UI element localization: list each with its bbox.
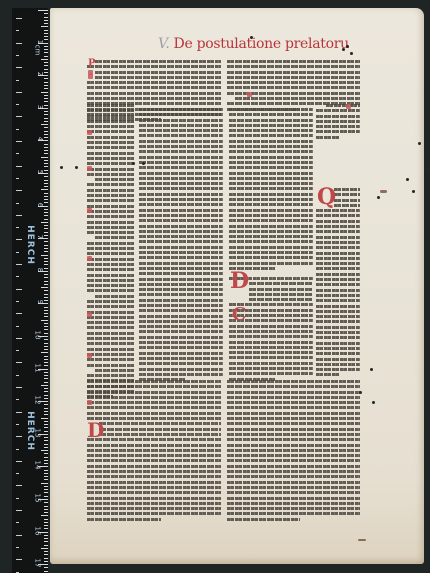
text-line — [87, 470, 221, 473]
ruler: 1234567891011121314151617cmHERCHHERCH — [12, 8, 48, 573]
red-initial: C — [232, 304, 246, 325]
text-line — [139, 124, 223, 127]
ruler-tick — [44, 95, 48, 96]
ruler-brand-top: HERCH — [25, 225, 35, 265]
text-line — [87, 481, 221, 484]
ruler-left-tick — [16, 104, 19, 105]
ruler-left-tick — [16, 485, 22, 486]
wormhole — [412, 190, 415, 193]
wormhole — [132, 162, 135, 165]
text-line — [316, 305, 360, 308]
text-line — [227, 391, 360, 394]
text-line — [139, 283, 223, 286]
text-line — [87, 289, 134, 292]
text-line — [139, 209, 223, 212]
ruler-tick — [44, 98, 48, 99]
main-text-left — [139, 108, 223, 383]
text-line — [316, 368, 360, 371]
ruler-tick — [44, 52, 48, 53]
red-initial: D — [87, 418, 104, 442]
text-line — [316, 125, 360, 128]
text-line — [227, 412, 360, 415]
text-line — [139, 177, 223, 180]
ruler-tick — [41, 450, 48, 451]
ruler-tick — [41, 385, 48, 386]
text-line — [139, 341, 223, 344]
ruler-tick — [41, 418, 48, 419]
text-line — [227, 449, 360, 452]
text-line — [87, 125, 134, 128]
ruler-tick — [44, 65, 48, 66]
text-line — [227, 396, 360, 399]
ruler-left-tick — [16, 362, 22, 363]
text-line — [139, 187, 223, 190]
text-line — [87, 92, 221, 95]
ruler-tick — [44, 414, 48, 415]
text-line — [139, 309, 223, 312]
ruler-tick — [44, 193, 48, 194]
ruler-left-tick — [16, 510, 22, 511]
ruler-tick — [44, 339, 48, 340]
text-line — [139, 172, 223, 175]
ruler-tick — [44, 457, 48, 458]
ruler-number: 9 — [36, 300, 44, 304]
text-line — [87, 81, 221, 84]
ruler-tick — [44, 219, 48, 220]
text-line — [139, 357, 223, 360]
wormhole — [142, 162, 145, 165]
ruler-tick — [44, 294, 48, 295]
ruler-tick — [44, 39, 48, 40]
text-line — [139, 235, 223, 238]
ruler-tick — [41, 26, 48, 27]
ruler-tick — [44, 33, 48, 34]
text-line — [87, 146, 134, 149]
text-line — [229, 156, 313, 159]
text-line — [229, 251, 313, 254]
text-line — [87, 342, 134, 345]
ruler-left-tick — [16, 203, 19, 204]
ruler-tick — [44, 82, 48, 83]
text-line — [316, 130, 360, 133]
text-line — [87, 221, 134, 224]
text-line — [87, 486, 221, 489]
wormhole — [425, 167, 428, 170]
text-line — [227, 486, 360, 489]
ruler-tick — [44, 144, 48, 145]
ink-stain — [380, 190, 387, 193]
ruler-tick — [44, 160, 48, 161]
text-line — [139, 198, 223, 201]
ruler-tick — [44, 489, 48, 490]
text-line — [316, 267, 360, 270]
ruler-tick — [44, 101, 48, 102]
text-line — [227, 491, 360, 494]
text-line — [87, 268, 134, 271]
ruler-tick — [44, 356, 48, 357]
ruler-left-tick — [16, 559, 22, 560]
ruler-tick — [44, 551, 48, 552]
ruler-left-tick — [16, 18, 22, 19]
text-line — [316, 230, 360, 233]
text-line — [227, 465, 360, 468]
ruler-tick — [44, 512, 48, 513]
ruler-tick — [41, 352, 48, 353]
text-line — [316, 273, 360, 276]
red-initial: D — [230, 268, 249, 294]
text-line — [139, 325, 223, 328]
ruler-left-tick — [16, 55, 19, 56]
ruler-tick — [44, 453, 48, 454]
text-line — [316, 283, 360, 286]
text-line — [87, 401, 221, 404]
text-line — [139, 288, 223, 291]
text-line — [87, 380, 221, 383]
text-line — [334, 204, 360, 207]
text-line — [227, 433, 360, 436]
text-line — [316, 363, 360, 366]
ruler-left-tick — [16, 375, 19, 376]
ink-stain — [358, 539, 366, 541]
ruler-left-tick — [16, 92, 22, 93]
ruler-tick — [44, 49, 48, 50]
wormhole — [418, 142, 421, 145]
text-line — [139, 362, 223, 365]
text-line — [229, 351, 313, 354]
ruler-left-tick — [16, 399, 19, 400]
ruler-tick — [44, 199, 48, 200]
ruler-tick — [44, 297, 48, 298]
text-line — [99, 433, 221, 436]
text-line — [87, 396, 221, 399]
ruler-tick — [44, 431, 48, 432]
text-line — [87, 173, 134, 176]
text-line — [316, 294, 360, 297]
text-line — [229, 367, 313, 370]
ruler-tick — [44, 408, 48, 409]
ruler-tick — [44, 506, 48, 507]
ruler-tick — [44, 447, 48, 448]
text-line — [229, 198, 313, 201]
ruler-number: 7 — [36, 235, 44, 239]
ruler-tick — [44, 186, 48, 187]
text-line — [87, 454, 221, 457]
ruler-left-tick — [16, 289, 22, 290]
text-line — [316, 257, 360, 260]
text-line — [139, 272, 223, 275]
text-line — [229, 124, 313, 127]
ruler-tick — [44, 535, 48, 536]
text-line — [139, 267, 223, 270]
ruler-number: 15 — [34, 494, 42, 503]
text-line — [87, 364, 134, 367]
heading-number: V. — [158, 36, 170, 52]
ruler-number: 1 — [36, 39, 44, 43]
ruler-tick — [41, 320, 48, 321]
ruler-tick — [44, 147, 48, 148]
text-line — [139, 108, 223, 111]
ruler-tick — [44, 316, 48, 317]
text-line — [139, 150, 223, 153]
wormhole — [60, 166, 63, 169]
text-line — [227, 512, 360, 515]
ruler-tick — [44, 509, 48, 510]
text-line — [139, 246, 223, 249]
text-line — [87, 136, 134, 139]
text-line — [227, 438, 360, 441]
ruler-tick — [44, 215, 48, 216]
text-line — [229, 187, 313, 190]
ruler-tick — [44, 470, 48, 471]
text-line — [227, 502, 360, 505]
text-line — [139, 129, 223, 132]
ruler-left-tick — [16, 239, 22, 240]
ruler-tick — [44, 333, 48, 334]
text-line — [227, 497, 360, 500]
ruler-tick — [44, 241, 48, 242]
wormhole — [377, 196, 380, 199]
ruler-tick — [44, 105, 48, 106]
text-line — [139, 251, 223, 254]
text-line — [87, 226, 134, 229]
text-line — [139, 240, 223, 243]
ruler-number: 10 — [34, 331, 42, 340]
ruler-tick — [44, 460, 48, 461]
text-line — [229, 113, 313, 116]
text-line — [87, 157, 134, 160]
text-line — [229, 235, 313, 238]
ruler-left-tick — [16, 30, 19, 31]
ruler-tick — [44, 567, 48, 568]
text-line — [229, 330, 313, 333]
text-line — [87, 332, 134, 335]
text-line — [316, 373, 340, 376]
text-line — [87, 300, 134, 303]
text-line — [139, 368, 223, 371]
ruler-tick — [44, 323, 48, 324]
ruler-tick — [44, 375, 48, 376]
text-line — [229, 193, 313, 196]
text-line — [87, 279, 134, 282]
wormhole — [359, 391, 362, 394]
text-line — [235, 97, 360, 100]
text-line — [139, 193, 223, 196]
text-line — [139, 166, 223, 169]
text-line — [316, 342, 360, 345]
text-line — [227, 475, 360, 478]
ruler-tick — [44, 277, 48, 278]
text-line — [227, 60, 360, 63]
ruler-number: 12 — [34, 396, 42, 405]
text-line — [87, 459, 221, 462]
text-line — [229, 219, 313, 222]
text-line — [316, 336, 360, 339]
text-line — [227, 507, 360, 510]
text-line — [87, 130, 134, 133]
ruler-tick — [44, 235, 48, 236]
ruler-number: 16 — [34, 526, 42, 535]
ruler-tick — [44, 281, 48, 282]
text-line — [87, 502, 221, 505]
text-line — [316, 252, 360, 255]
text-line — [227, 444, 360, 447]
text-line — [87, 86, 221, 89]
ruler-left-tick — [16, 129, 19, 130]
ruler-tick — [41, 157, 48, 158]
text-line — [227, 518, 300, 521]
ruler-tick — [44, 300, 48, 301]
ruler-tick — [44, 313, 48, 314]
wormhole — [406, 178, 409, 181]
text-line — [87, 311, 134, 314]
ruler-tick — [44, 72, 48, 73]
text-line — [316, 262, 360, 265]
text-line — [95, 295, 134, 298]
text-line — [87, 194, 134, 197]
ruler-tick — [44, 561, 48, 562]
text-line — [249, 293, 313, 296]
ruler-tick — [44, 150, 48, 151]
ruler-tick — [41, 287, 48, 288]
ruler-left-tick — [16, 522, 19, 523]
ruler-tick — [44, 85, 48, 86]
ruler-number: 3 — [36, 105, 44, 109]
ruler-tick — [41, 189, 48, 190]
text-line — [139, 161, 223, 164]
red-paragraph-mark — [87, 166, 92, 171]
text-line — [227, 71, 360, 74]
ruler-tick — [44, 180, 48, 181]
text-line — [139, 330, 223, 333]
text-line — [229, 341, 313, 344]
text-line — [227, 380, 360, 383]
text-line — [229, 240, 313, 243]
text-line — [87, 183, 134, 186]
ruler-tick — [44, 476, 48, 477]
ruler-tick — [44, 251, 48, 252]
ruler-tick — [44, 440, 48, 441]
ruler-tick — [44, 541, 48, 542]
ruler-brand-bottom: HERCH — [25, 411, 35, 451]
text-line — [87, 305, 134, 308]
text-line — [249, 288, 313, 291]
text-line — [316, 347, 360, 350]
ruler-unit-label: cm — [34, 45, 42, 56]
ruler-tick — [44, 463, 48, 464]
text-line — [229, 182, 313, 185]
text-line — [229, 119, 313, 122]
ruler-left-tick — [16, 67, 22, 68]
text-line — [249, 282, 313, 285]
text-line — [87, 507, 221, 510]
ruler-tick — [44, 473, 48, 474]
ruler-left-tick — [16, 190, 22, 191]
text-line — [139, 156, 223, 159]
text-line — [229, 230, 313, 233]
text-line — [229, 203, 313, 206]
text-line — [87, 109, 134, 112]
ruler-left-tick — [16, 461, 22, 462]
text-line — [229, 140, 313, 143]
text-line — [139, 230, 223, 233]
text-line — [95, 60, 221, 63]
text-line — [87, 518, 161, 521]
ruler-tick — [44, 395, 48, 396]
text-line — [87, 465, 221, 468]
ruler-tick — [44, 264, 48, 265]
red-paragraph-mark — [346, 104, 351, 109]
text-line — [326, 104, 360, 107]
red-paragraph-mark — [87, 208, 92, 213]
ruler-number: 11 — [34, 363, 42, 372]
red-paragraph-mark — [87, 400, 92, 405]
ruler-left-tick — [16, 535, 22, 536]
text-line — [316, 299, 360, 302]
text-line — [229, 108, 313, 111]
ruler-tick — [44, 131, 48, 132]
ruler-left-tick — [16, 153, 19, 154]
text-line — [229, 262, 313, 265]
ruler-left-tick — [16, 338, 22, 339]
ruler-tick — [44, 127, 48, 128]
text-line — [87, 391, 221, 394]
ruler-tick — [44, 245, 48, 246]
ruler-left-tick — [16, 387, 22, 388]
text-line — [316, 289, 360, 292]
text-line — [139, 304, 223, 307]
left-gloss — [87, 104, 134, 401]
main-text-right — [229, 108, 313, 272]
text-line — [316, 109, 360, 112]
text-line — [87, 444, 221, 447]
text-line — [227, 470, 360, 473]
ruler-tick — [44, 437, 48, 438]
text-line — [316, 246, 360, 249]
text-line — [139, 145, 223, 148]
text-line — [87, 353, 134, 356]
text-line — [334, 188, 360, 191]
text-line — [87, 205, 134, 208]
ruler-tick — [44, 36, 48, 37]
text-line — [87, 115, 134, 118]
text-line — [316, 320, 360, 323]
text-line — [227, 422, 360, 425]
ruler-number: 17 — [34, 559, 42, 568]
text-line — [334, 199, 360, 202]
ruler-tick — [44, 30, 48, 31]
ruler-tick — [44, 121, 48, 122]
red-paragraph-mark — [87, 130, 92, 135]
ruler-left-tick — [16, 473, 19, 474]
ruler-tick — [44, 118, 48, 119]
ruler-tick — [44, 78, 48, 79]
ruler-left-tick — [16, 436, 22, 437]
text-line — [87, 168, 134, 171]
text-line — [227, 76, 360, 79]
ruler-left-tick — [16, 449, 19, 450]
ruler-tick — [44, 372, 48, 373]
text-line — [139, 182, 223, 185]
ruler-tick — [44, 228, 48, 229]
text-line — [95, 178, 134, 181]
ruler-tick — [44, 183, 48, 184]
text-line — [316, 136, 340, 139]
ruler-tick — [44, 479, 48, 480]
ruler-tick — [44, 56, 48, 57]
ruler-tick — [44, 528, 48, 529]
text-line — [87, 274, 134, 277]
ruler-tick — [44, 290, 48, 291]
